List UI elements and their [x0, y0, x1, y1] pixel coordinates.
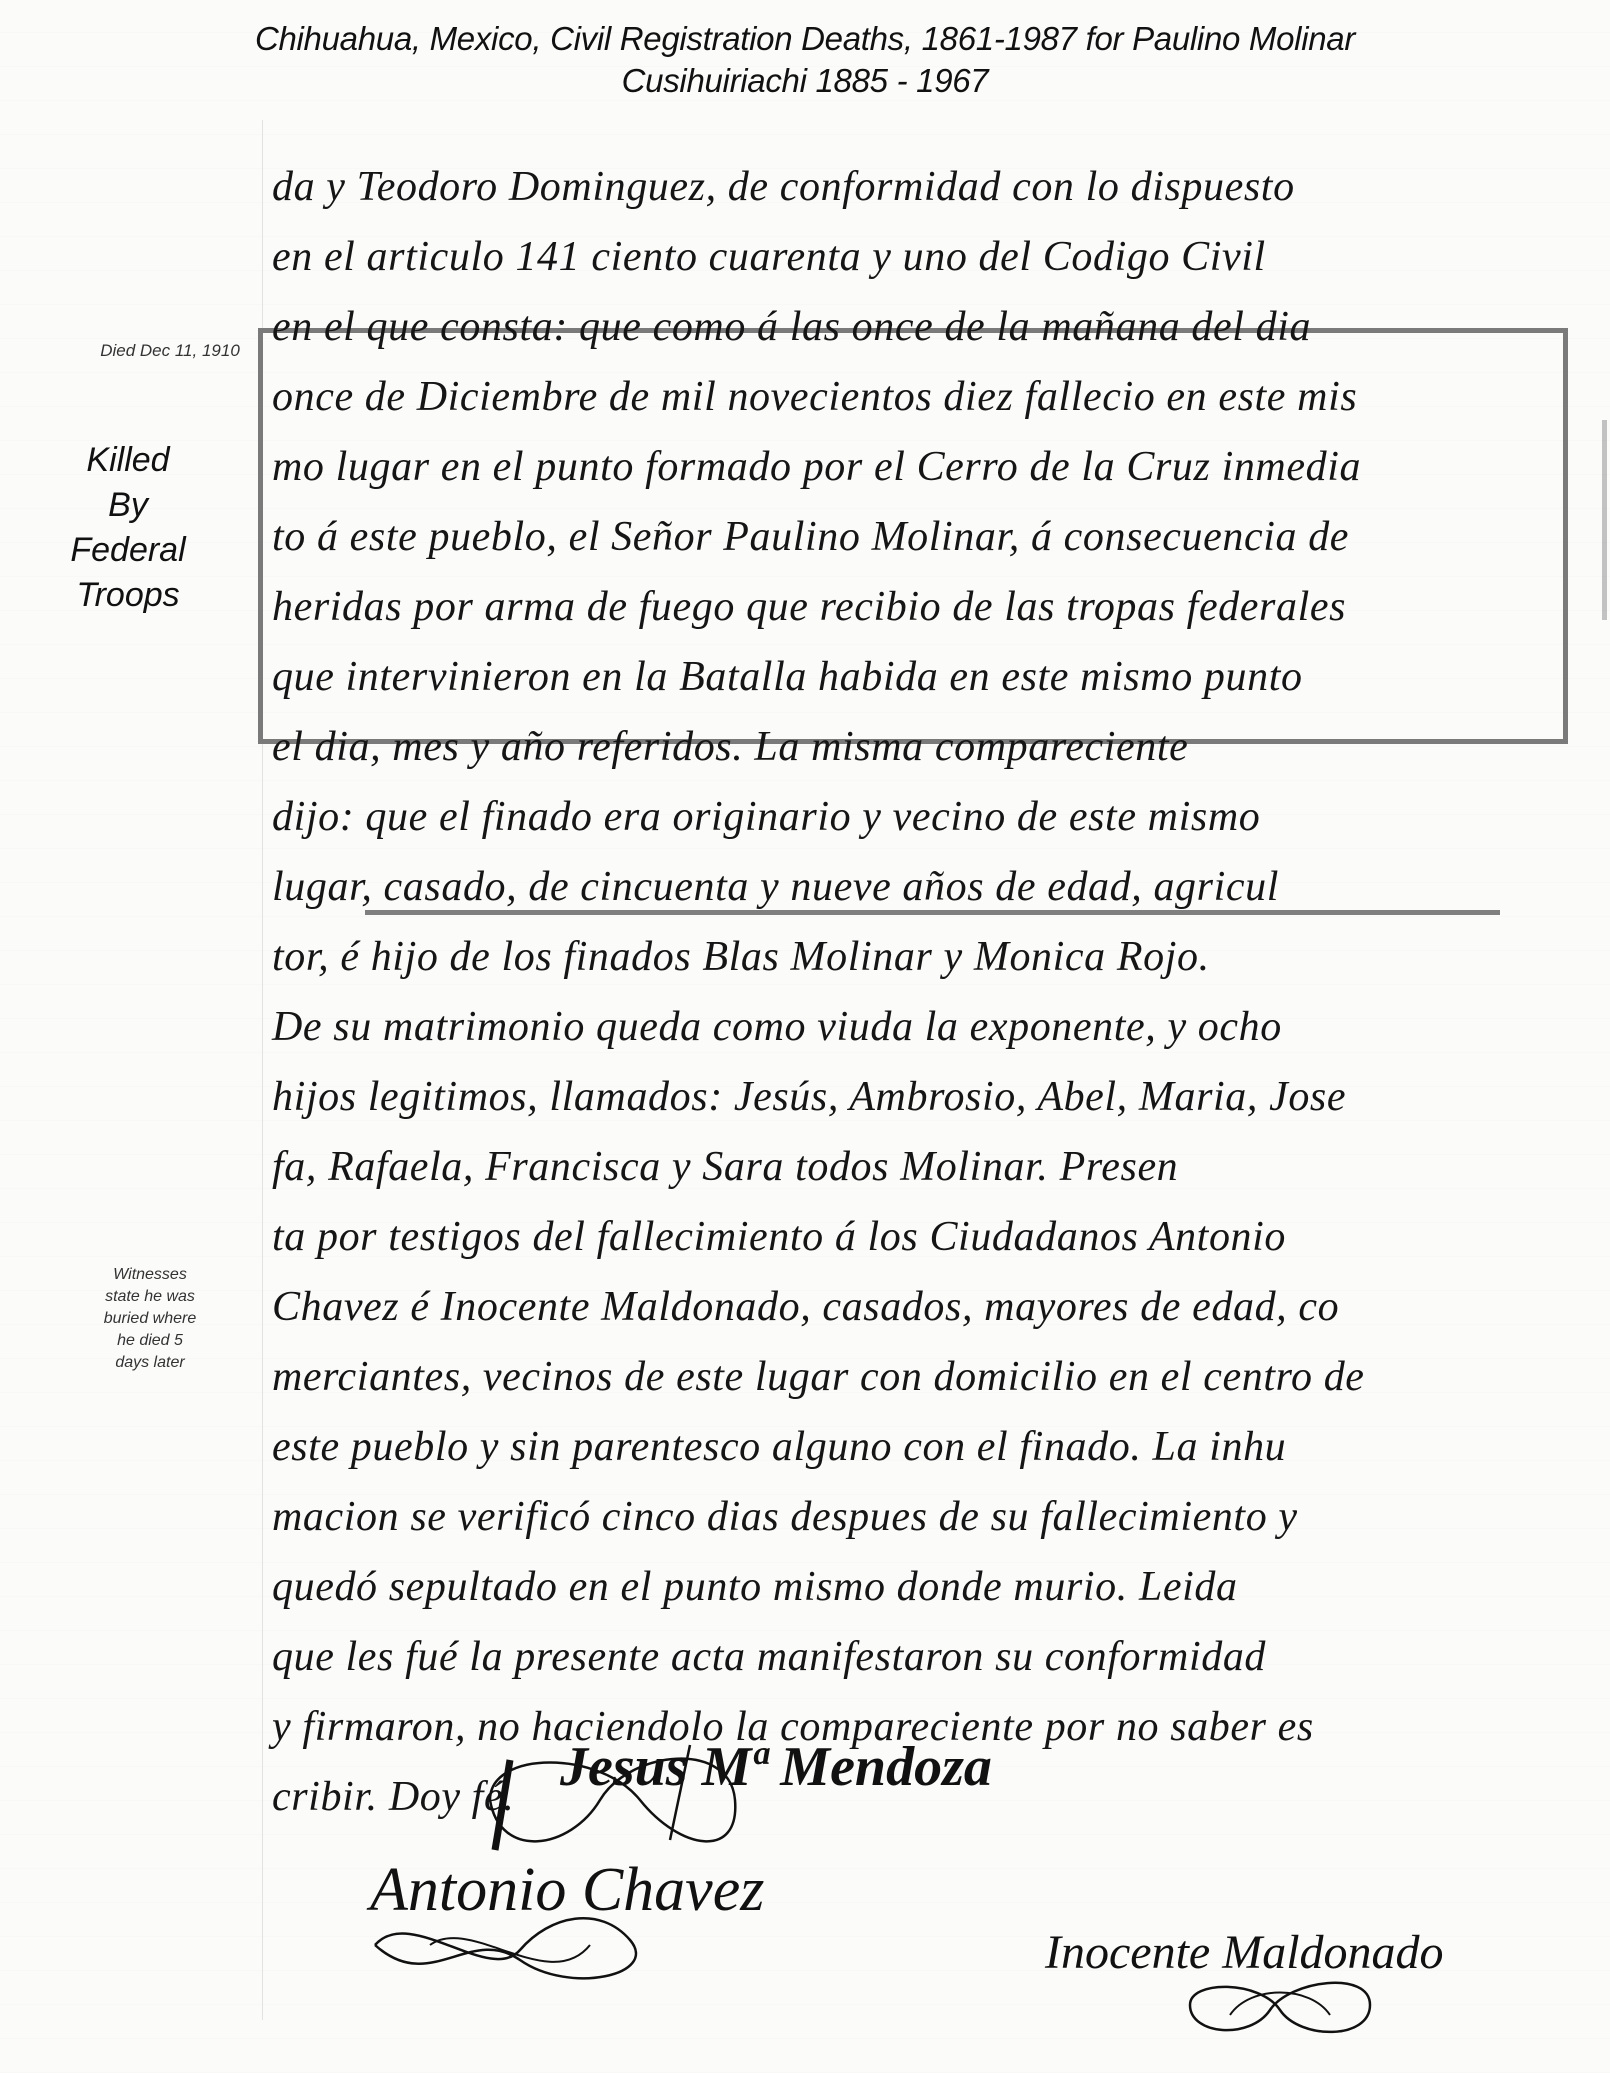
record-line: macion se verificó cinco dias despues de… [272, 1482, 1572, 1552]
record-line: ta por testigos del fallecimiento á los … [272, 1202, 1572, 1272]
annotation-died-date: Died Dec 11, 1910 [100, 340, 240, 362]
signature-inocente-maldonado: Inocente Maldonado [1045, 1925, 1444, 1980]
annotation-word: Federal [58, 528, 198, 573]
record-line: to á este pueblo, el Señor Paulino Molin… [272, 502, 1572, 572]
record-line: once de Diciembre de mil novecientos die… [272, 362, 1572, 432]
annotation-witnesses: Witnesses state he was buried where he d… [80, 1264, 220, 1374]
annotation-word: Troops [58, 573, 198, 618]
record-line: dijo: que el finado era originario y vec… [272, 782, 1572, 852]
record-line: que intervinieron en la Batalla habida e… [272, 642, 1572, 712]
page-edge-shadow [1602, 420, 1607, 620]
record-line: en el articulo 141 ciento cuarenta y uno… [272, 222, 1572, 292]
record-line: el dia, mes y año referidos. La misma co… [272, 712, 1572, 782]
record-line: De su matrimonio queda como viuda la exp… [272, 992, 1572, 1062]
record-line: fa, Rafaela, Francisca y Sara todos Moli… [272, 1132, 1572, 1202]
record-line: que les fué la presente acta manifestaro… [272, 1622, 1572, 1692]
record-line: hijos legitimos, llamados: Jesús, Ambros… [272, 1062, 1572, 1132]
record-line: quedó sepultado en el punto mismo donde … [272, 1552, 1572, 1622]
signature-antonio-chavez: Antonio Chavez [370, 1855, 764, 1926]
document-header: Chihuahua, Mexico, Civil Registration De… [0, 18, 1610, 102]
record-line: este pueblo y sin parentesco alguno con … [272, 1412, 1572, 1482]
handwritten-record: da y Teodoro Dominguez, de conformidad c… [272, 152, 1572, 1832]
record-line: tor, é hijo de los finados Blas Molinar … [272, 922, 1572, 992]
annotation-line: he died 5 [80, 1330, 220, 1352]
annotation-killed-by-federal-troops: Killed By Federal Troops [58, 438, 198, 618]
header-title: Chihuahua, Mexico, Civil Registration De… [0, 18, 1610, 60]
annotation-line: state he was [80, 1286, 220, 1308]
record-line: lugar, casado, de cincuenta y nueve años… [272, 852, 1572, 922]
record-line: en el que consta: que como á las once de… [272, 292, 1572, 362]
annotation-line: Witnesses [80, 1264, 220, 1286]
annotation-line: days later [80, 1352, 220, 1374]
record-line: Chavez é Inocente Maldonado, casados, ma… [272, 1272, 1572, 1342]
header-subtitle: Cusihuiriachi 1885 - 1967 [0, 60, 1610, 102]
record-line: mo lugar en el punto formado por el Cerr… [272, 432, 1572, 502]
annotation-word: By [58, 483, 198, 528]
signature-jesus-mendoza: Jesus Mª Mendoza [560, 1735, 992, 1799]
record-line: da y Teodoro Dominguez, de conformidad c… [272, 152, 1572, 222]
record-line: merciantes, vecinos de este lugar con do… [272, 1342, 1572, 1412]
annotation-word: Killed [58, 438, 198, 483]
record-line: heridas por arma de fuego que recibio de… [272, 572, 1572, 642]
annotation-line: buried where [80, 1308, 220, 1330]
